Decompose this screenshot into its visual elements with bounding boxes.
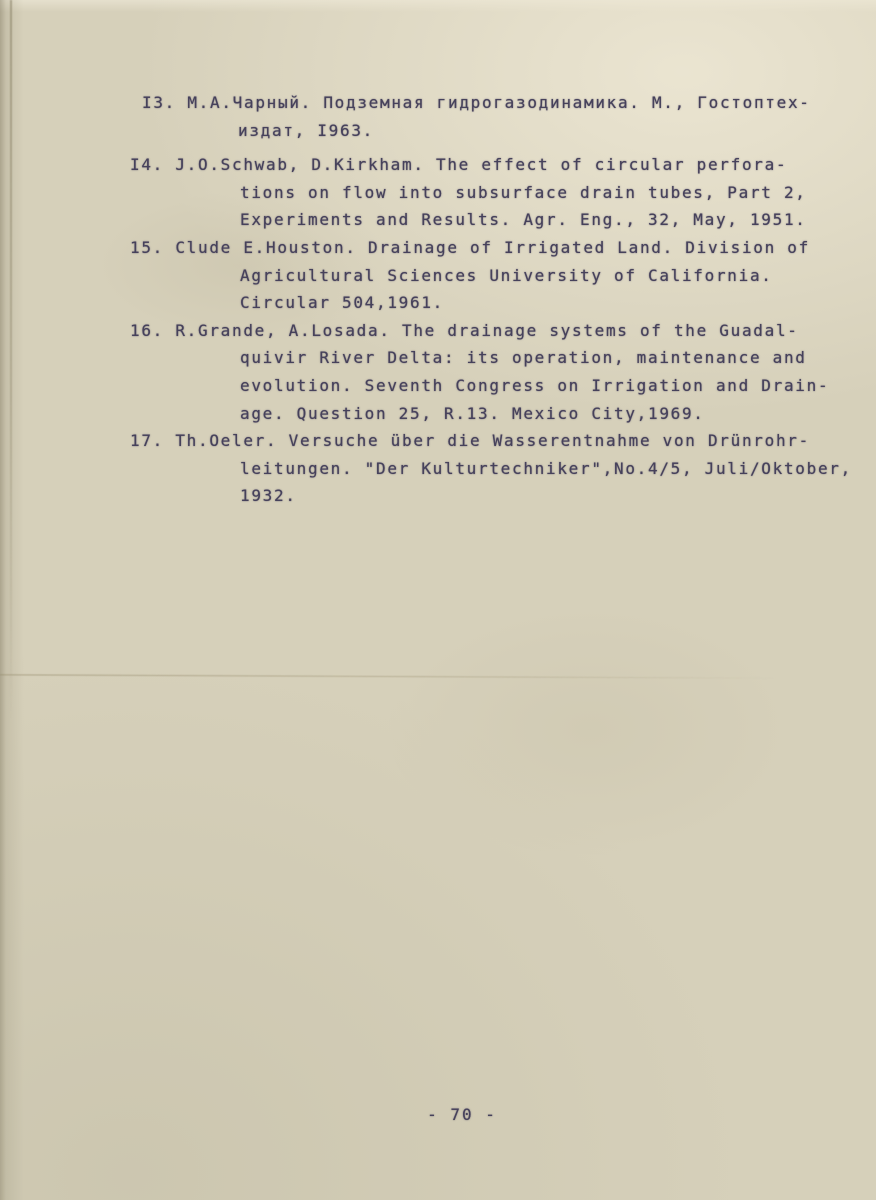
document-page: I3. М.А.Чарный. Подземная гидрогазодинам… <box>0 0 876 1200</box>
reference-continuation-line: Experiments and Results. Agr. Eng., 32, … <box>240 206 835 234</box>
reference-item: 15. Clude E.Houston. Drainage of Irrigat… <box>130 234 835 317</box>
reference-number: 16. <box>130 321 164 340</box>
reference-first-line: I3. М.А.Чарный. Подземная гидрогазодинам… <box>142 89 835 117</box>
reference-continuation-line: quivir River Delta: its operation, maint… <box>240 344 835 372</box>
reference-continuation-line: 1932. <box>240 482 835 510</box>
reference-first-line: 15. Clude E.Houston. Drainage of Irrigat… <box>130 234 835 262</box>
paper-left-crease <box>10 0 12 720</box>
paper-stain <box>380 600 800 860</box>
reference-continuation-line: age. Question 25, R.13. Mexico City,1969… <box>240 400 835 428</box>
reference-item: I4. J.O.Schwab, D.Kirkham. The effect of… <box>130 151 835 234</box>
reference-continuation-line: Circular 504,1961. <box>240 289 835 317</box>
reference-number: I4. <box>130 155 164 174</box>
reference-continuation-line: evolution. Seventh Congress on Irrigatio… <box>240 372 835 400</box>
reference-first-line: 16. R.Grande, A.Losada. The drainage sys… <box>130 317 835 345</box>
reference-first-line: I4. J.O.Schwab, D.Kirkham. The effect of… <box>130 151 835 179</box>
reference-list: I3. М.А.Чарный. Подземная гидрогазодинам… <box>130 89 835 510</box>
reference-item: I3. М.А.Чарный. Подземная гидрогазодинам… <box>142 89 835 144</box>
reference-item: 16. R.Grande, A.Losada. The drainage sys… <box>130 317 835 427</box>
reference-item: 17. Th.Oeler. Versuche über die Wasseren… <box>130 427 835 510</box>
reference-number: 17. <box>130 431 164 450</box>
reference-continuation-line: tions on flow into subsurface drain tube… <box>240 179 835 207</box>
reference-continuation-line: leitungen. "Der Kulturtechniker",No.4/5,… <box>240 455 835 483</box>
reference-continuation-line: издат, I963. <box>238 117 835 145</box>
reference-first-line: 17. Th.Oeler. Versuche über die Wasseren… <box>130 427 835 455</box>
reference-number: I3. <box>142 93 176 112</box>
page-number: - 70 - <box>427 1101 497 1128</box>
reference-continuation-line: Agricultural Sciences University of Cali… <box>240 262 835 290</box>
reference-number: 15. <box>130 238 164 257</box>
